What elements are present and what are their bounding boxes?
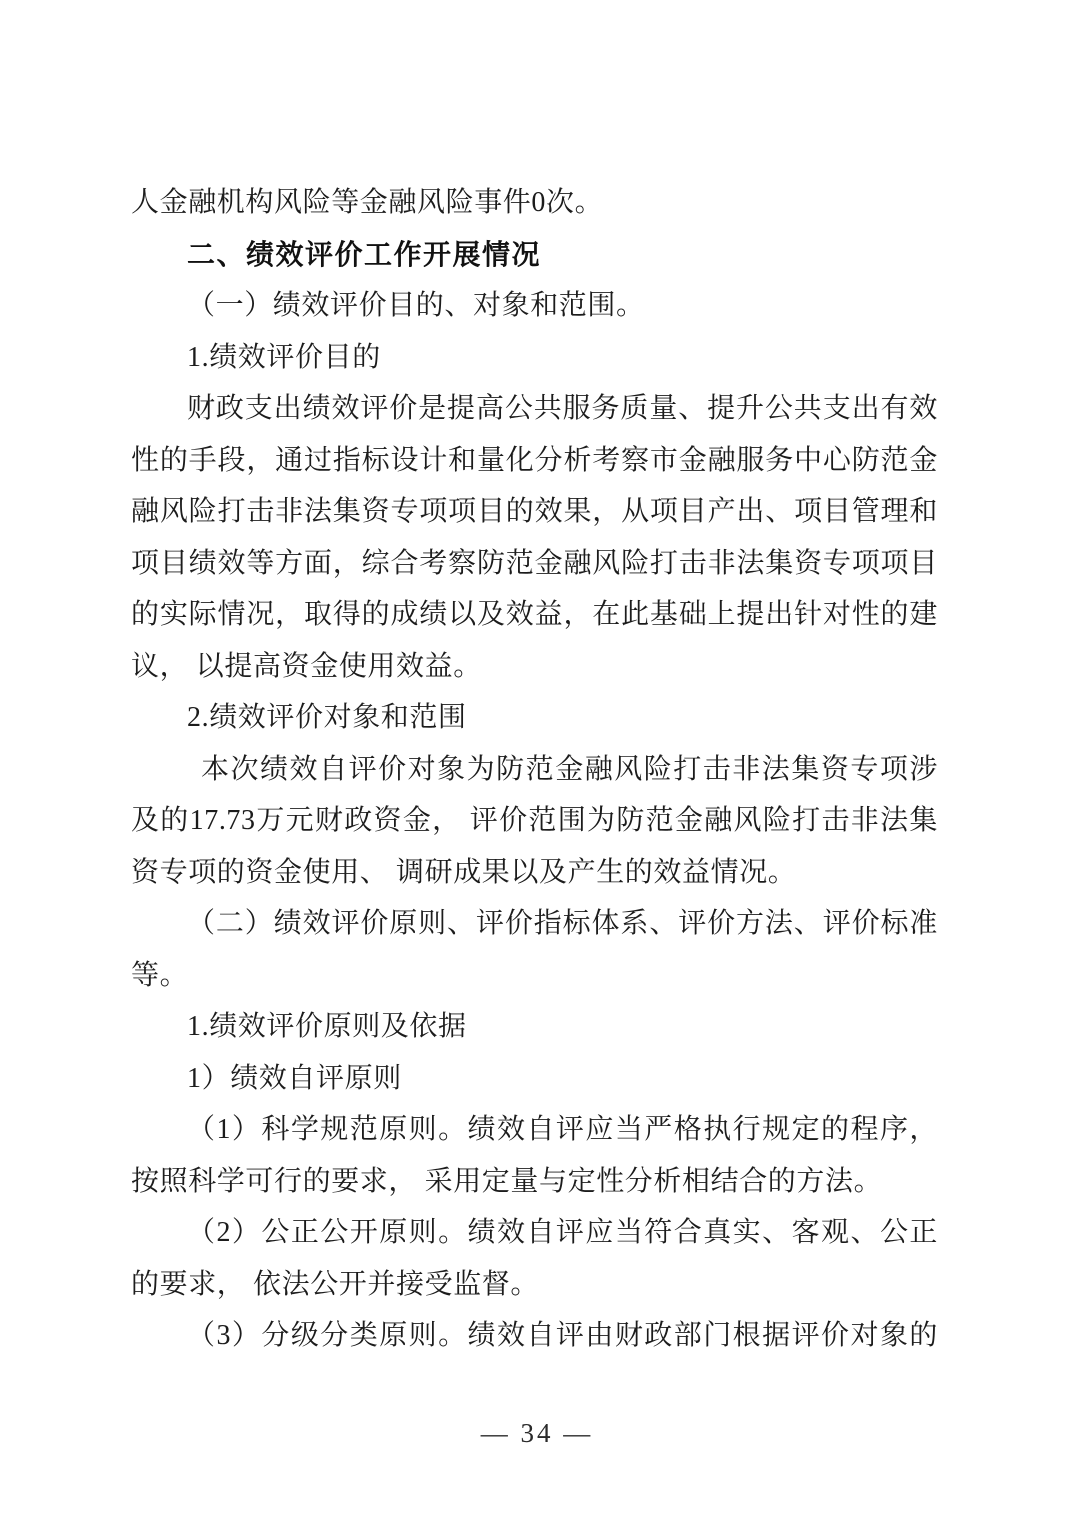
page-number: — 34 — <box>0 1418 1074 1449</box>
text-line: 财政支出绩效评价是提高公共服务质量、提升公共支出有效 <box>131 383 938 435</box>
text-line: （1）科学规范原则。绩效自评应当严格执行规定的程序， <box>131 1104 938 1156</box>
text-line: 的实际情况，取得的成绩以及效益，在此基础上提出针对性的建 <box>131 589 938 641</box>
subsection-heading: 1.绩效评价目的 <box>131 332 938 384</box>
section-heading: 二、绩效评价工作开展情况 <box>131 229 938 281</box>
text-line: 项目绩效等方面，综合考察防范金融风险打击非法集资专项项目 <box>131 538 938 590</box>
text-line: 资专项的资金使用、 调研成果以及产生的效益情况。 <box>131 847 938 899</box>
text-line: 人金融机构风险等金融风险事件0次。 <box>131 177 938 229</box>
document-page: 人金融机构风险等金融风险事件0次。二、绩效评价工作开展情况（一）绩效评价目的、对… <box>0 0 1074 1520</box>
text-line: （2）公正公开原则。绩效自评应当符合真实、客观、公正 <box>131 1207 938 1259</box>
subsection-heading: （一）绩效评价目的、对象和范围。 <box>131 280 938 332</box>
text-line: 及的17.73万元财政资金， 评价范围为防范金融风险打击非法集 <box>131 795 938 847</box>
document-body: 人金融机构风险等金融风险事件0次。二、绩效评价工作开展情况（一）绩效评价目的、对… <box>131 177 938 1362</box>
subsection-heading: 2.绩效评价对象和范围 <box>131 692 938 744</box>
subsection-heading: 1）绩效自评原则 <box>131 1053 938 1105</box>
subsection-heading: 1.绩效评价原则及依据 <box>131 1001 938 1053</box>
subsection-heading: （二）绩效评价原则、评价指标体系、评价方法、评价标准 <box>131 898 938 950</box>
text-line: 融风险打击非法集资专项项目的效果，从项目产出、项目管理和 <box>131 486 938 538</box>
text-line: 按照科学可行的要求， 采用定量与定性分析相结合的方法。 <box>131 1156 938 1208</box>
text-line: （3）分级分类原则。绩效自评由财政部门根据评价对象的 <box>131 1310 938 1362</box>
text-line: 等。 <box>131 950 938 1002</box>
text-line: 本次绩效自评价对象为防范金融风险打击非法集资专项涉 <box>131 744 938 796</box>
text-line: 性的手段，通过指标设计和量化分析考察市金融服务中心防范金 <box>131 435 938 487</box>
text-line: 的要求， 依法公开并接受监督。 <box>131 1259 938 1311</box>
text-line: 议， 以提高资金使用效益。 <box>131 641 938 693</box>
